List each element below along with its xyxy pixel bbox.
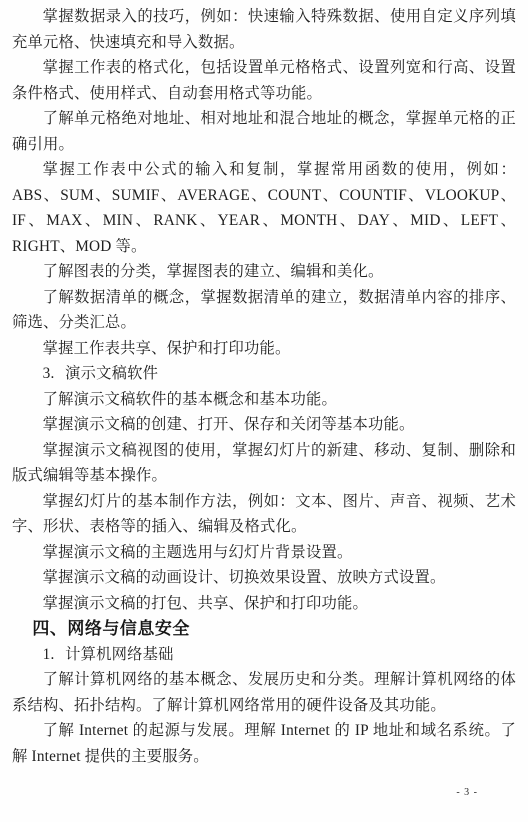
paragraph: 了解图表的分类，掌握图表的建立、编辑和美化。 bbox=[12, 259, 516, 285]
list-item-number: 3. bbox=[43, 365, 55, 382]
list-item-label: 计算机网络基础 bbox=[65, 646, 173, 663]
paragraph: 掌握演示文稿的创建、打开、保存和关闭等基本功能。 bbox=[12, 412, 516, 438]
paragraph: 了解数据清单的概念，掌握数据清单的建立，数据清单内容的排序、筛选、分类汇总。 bbox=[12, 285, 516, 336]
paragraph: 了解单元格绝对地址、相对地址和混合地址的概念，掌握单元格的正确引用。 bbox=[12, 106, 516, 157]
document-body: 掌握数据录入的技巧，例如：快速输入特殊数据、使用自定义序列填充单元格、快速填充和… bbox=[12, 4, 516, 769]
list-item-label: 演示文稿软件 bbox=[65, 365, 158, 382]
paragraph: 掌握数据录入的技巧，例如：快速输入特殊数据、使用自定义序列填充单元格、快速填充和… bbox=[12, 4, 516, 55]
document-page: 掌握数据录入的技巧，例如：快速输入特殊数据、使用自定义序列填充单元格、快速填充和… bbox=[0, 0, 528, 822]
list-item-computer-network-basics: 1.计算机网络基础 bbox=[12, 642, 516, 668]
paragraph: 掌握工作表的格式化，包括设置单元格格式、设置列宽和行高、设置条件格式、使用样式、… bbox=[12, 55, 516, 106]
paragraph: 了解计算机网络的基本概念、发展历史和分类。理解计算机网络的体系结构、拓扑结构。了… bbox=[12, 667, 516, 718]
paragraph: 了解演示文稿软件的基本概念和基本功能。 bbox=[12, 387, 516, 413]
paragraph: 掌握演示文稿的主题选用与幻灯片背景设置。 bbox=[12, 540, 516, 566]
paragraph: 掌握演示文稿视图的使用，掌握幻灯片的新建、移动、复制、删除和版式编辑等基本操作。 bbox=[12, 438, 516, 489]
paragraph: 掌握幻灯片的基本制作方法，例如：文本、图片、声音、视频、艺术字、形状、表格等的插… bbox=[12, 489, 516, 540]
list-item-number: 1. bbox=[43, 646, 55, 663]
paragraph: 掌握工作表中公式的输入和复制，掌握常用函数的使用，例如：ABS、SUM、SUMI… bbox=[12, 157, 516, 259]
list-item-presentation-software: 3.演示文稿软件 bbox=[12, 361, 516, 387]
paragraph: 了解 Internet 的起源与发展。理解 Internet 的 IP 地址和域… bbox=[12, 718, 516, 769]
page-number: - 3 - bbox=[456, 787, 478, 798]
paragraph: 掌握演示文稿的打包、共享、保护和打印功能。 bbox=[12, 591, 516, 617]
paragraph: 掌握工作表共享、保护和打印功能。 bbox=[12, 336, 516, 362]
paragraph: 掌握演示文稿的动画设计、切换效果设置、放映方式设置。 bbox=[12, 565, 516, 591]
section-heading-network-security: 四、网络与信息安全 bbox=[12, 616, 516, 642]
